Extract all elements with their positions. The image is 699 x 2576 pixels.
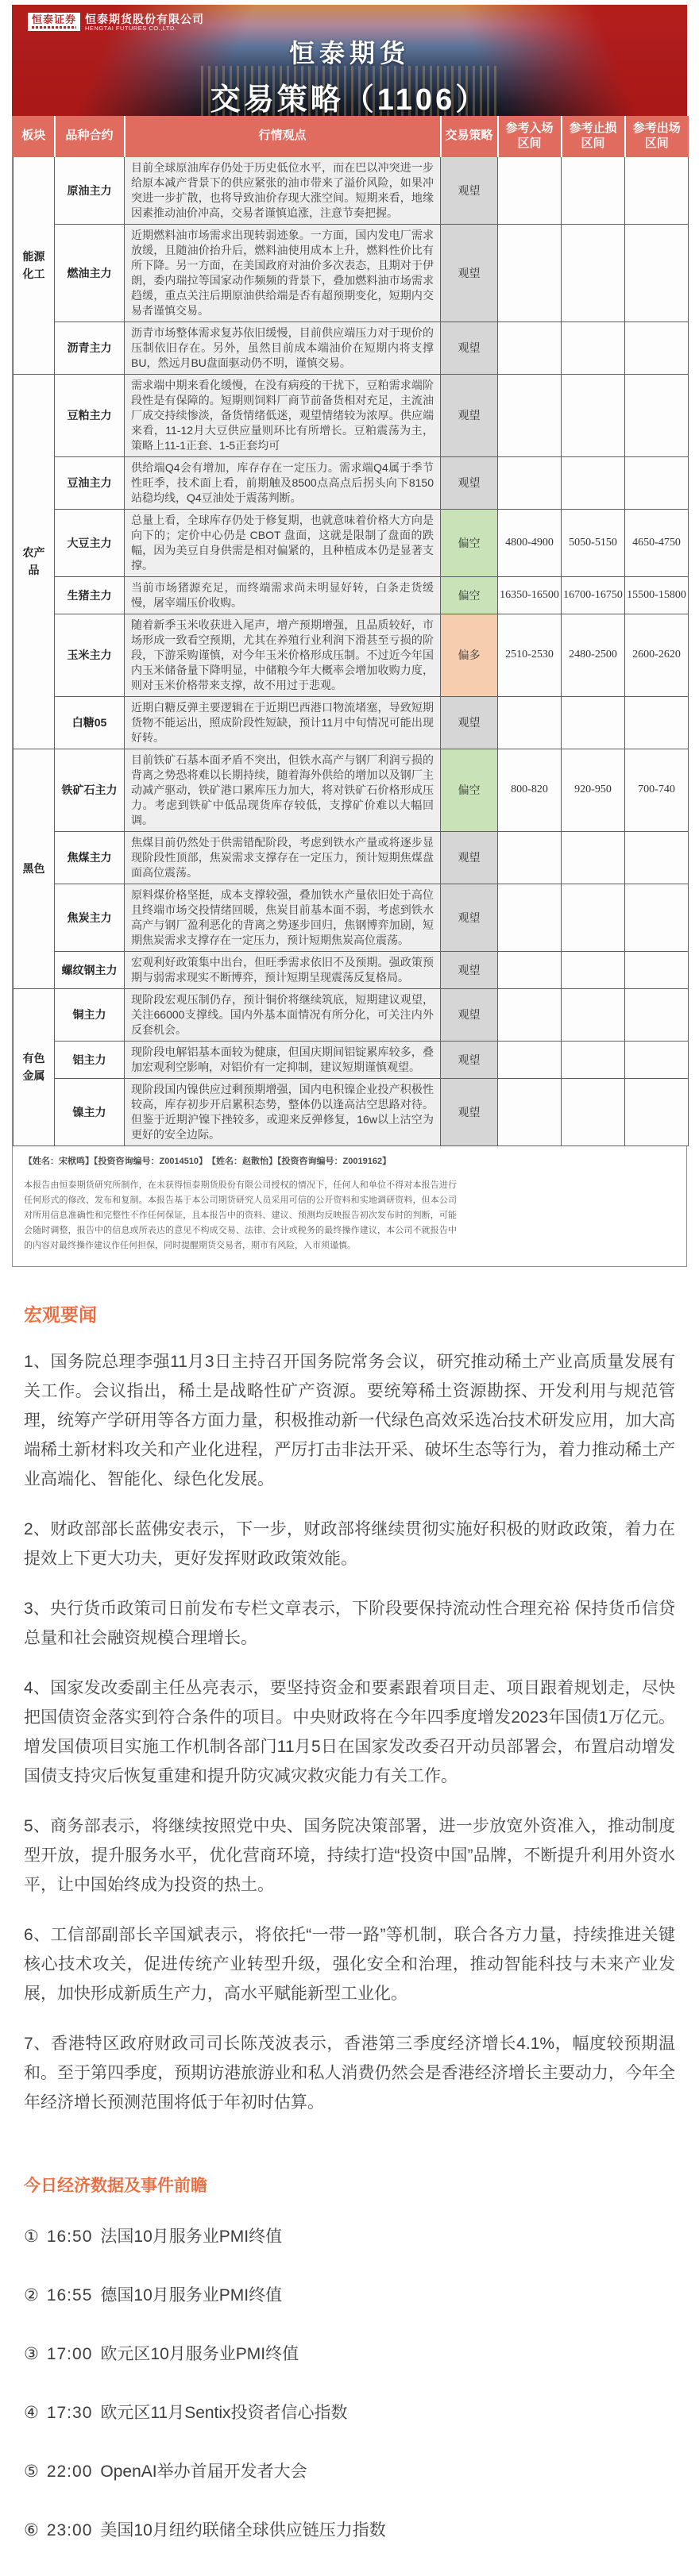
strategy-cell: 偏空 [441, 576, 498, 614]
strategy-cell: 偏多 [441, 614, 498, 696]
column-header: 交易策略 [441, 117, 498, 157]
view-cell: 焦煤目前仍然处于供需错配阶段，考虑到铁水产量或将逐步显现阶段性顶部，焦炭需求支撑… [125, 831, 441, 884]
table-row: 能源化工原油主力目前全球原油库存仍处于历史低位水平，而在巴以冲突进一步给原本减产… [14, 156, 689, 224]
contract-cell: 焦煤主力 [55, 831, 125, 884]
view-cell: 宏观利好政策集中出台，但旺季需求依旧不及预期。强政策预期与弱需求现实不断博弈，预… [125, 951, 441, 988]
macro-news-list: 1、国务院总理李强11月3日主持召开国务院常务会议，研究推动稀土产业高质量发展有… [24, 1347, 675, 2117]
table-row: 大豆主力总量上看，全球库存仍处于修复期，也就意味着价格大方向是向下的；定价中心仍… [14, 509, 689, 576]
banner: 恒泰证券 恒泰期货股份有限公司 HENGTAI FUTURES CO.,LTD.… [12, 5, 687, 116]
strategy-cell: 偏空 [441, 509, 498, 576]
exit-range-cell: 2600-2620 [625, 614, 689, 696]
calendar-item: ④17:30欧元区11月Sentix投资者信心指数 [24, 2400, 675, 2424]
analyst-info: 【姓名：宋栿鸣】【投资咨询编号：Z0014510】 【姓名：赵散怡】【投资咨询编… [24, 1154, 675, 1167]
calendar-item-bullet: ③ [24, 2345, 39, 2363]
entry-range-cell [498, 884, 562, 951]
calendar-item: ⑥23:00美国10月纽约联储全球供应链压力指数 [24, 2517, 675, 2541]
calendar-item-label: 法国10月服务业PMI终值 [100, 2228, 282, 2246]
strategy-cell: 观望 [441, 224, 498, 322]
contract-cell: 玉米主力 [55, 614, 125, 696]
sector-cell: 有色金属 [14, 988, 55, 1146]
entry-range-cell [498, 456, 562, 509]
exit-range-cell [625, 831, 689, 884]
stoploss-range-cell [562, 951, 625, 988]
exit-range-cell: 15500-15800 [625, 576, 689, 614]
view-cell: 沥青市场整体需求复苏依旧缓慢，目前供应端压力对于现价的压制依旧存在。另外，虽然目… [125, 322, 441, 374]
view-cell: 需求端中期来看化缓慢，在没有病疫的干扰下，豆粕需求端阶段性是有保障的。短期则饲料… [125, 374, 441, 456]
calendar-item-label: 欧元区10月服务业PMI终值 [100, 2345, 299, 2363]
entry-range-cell: 16350-16500 [498, 576, 562, 614]
contract-cell: 铝主力 [55, 1041, 125, 1078]
exit-range-cell [625, 322, 689, 374]
entry-range-cell [498, 951, 562, 988]
calendar-item-time: 22:00 [47, 2462, 93, 2481]
contract-cell: 螺纹钢主力 [55, 951, 125, 988]
company-name: 恒泰期货股份有限公司 HENGTAI FUTURES CO.,LTD. [85, 13, 204, 33]
strategy-cell: 观望 [441, 988, 498, 1041]
contract-cell: 生猪主力 [55, 576, 125, 614]
entry-range-cell [498, 696, 562, 749]
stoploss-range-cell [562, 224, 625, 322]
view-cell: 现阶段电解铝基本面较为健康，但国庆期间铝锭累库较多，叠加宏观利空影响，对铝价有一… [125, 1041, 441, 1078]
exit-range-cell [625, 696, 689, 749]
stoploss-range-cell [562, 696, 625, 749]
macro-paragraph: 4、国家发改委副主任丛亮表示，要坚持资金和要素跟着项目走、项目跟着规划走，尽快把… [24, 1673, 675, 1791]
entry-range-cell [498, 322, 562, 374]
table-row: 镍主力现阶段国内镍供应过剩预期增强，国内电积镍企业投产积极性较高，库存初步开启累… [14, 1078, 689, 1146]
contract-cell: 焦炭主力 [55, 884, 125, 951]
calendar-item-label: 美国10月纽约联储全球供应链压力指数 [100, 2521, 385, 2539]
stoploss-range-cell [562, 988, 625, 1041]
entry-range-cell: 800-820 [498, 749, 562, 831]
report-box: 板块品种合约行情观点交易策略参考入场区间参考止损区间参考出场区间 能源化工原油主… [12, 116, 687, 1267]
view-cell: 供给端Q4会有增加，库存存在一定压力。需求端Q4属于季节性旺季，技术面上看，前期… [125, 456, 441, 509]
macro-heading: 宏观要闻 [24, 1300, 675, 1327]
calendar-item-label: 德国10月服务业PMI终值 [100, 2286, 282, 2305]
logo-stripe [32, 26, 76, 29]
stoploss-range-cell [562, 374, 625, 456]
table-row: 铝主力现阶段电解铝基本面较为健康，但国庆期间铝锭累库较多，叠加宏观利空影响，对铝… [14, 1041, 689, 1078]
strategy-cell: 偏空 [441, 749, 498, 831]
view-cell: 目前铁矿石基本面矛盾不突出，但铁水高产与钢厂利润亏损的背离之势恐将难以长期持续，… [125, 749, 441, 831]
exit-range-cell: 700-740 [625, 749, 689, 831]
strategy-cell: 观望 [441, 951, 498, 988]
calendar-item-bullet: ① [24, 2228, 39, 2246]
view-cell: 目前全球原油库存仍处于历史低位水平，而在巴以冲突进一步给原本减产背景下的供应紧张… [125, 156, 441, 224]
calendar-item-time: 16:55 [47, 2286, 93, 2305]
table-row: 燃油主力近期燃料油市场需求出现转弱迹象。一方面，国内发电厂需求放缓，且随油价抬升… [14, 224, 689, 322]
calendar-item-bullet: ② [24, 2286, 39, 2305]
exit-range-cell: 4650-4750 [625, 509, 689, 576]
company-name-cn: 恒泰期货股份有限公司 [85, 13, 204, 25]
table-row: 豆油主力供给端Q4会有增加，库存存在一定压力。需求端Q4属于季节性旺季，技术面上… [14, 456, 689, 509]
table-row: 农产品豆粕主力需求端中期来看化缓慢，在没有病疫的干扰下，豆粕需求端阶段性是有保障… [14, 374, 689, 456]
disclaimer-text: 本报告由恒泰期货研究所制作，在未获得恒泰期货股份有限公司授权的情况下，任何人和单… [24, 1178, 457, 1253]
table-row: 生猪主力当前市场猪源充足，而终端需求尚未明显好转，白条走货缓慢，屠宰端压价收购。… [14, 576, 689, 614]
calendar-list: ①16:50法国10月服务业PMI终值②16:55德国10月服务业PMI终值③1… [0, 2224, 699, 2541]
contract-cell: 沥青主力 [55, 322, 125, 374]
stoploss-range-cell [562, 1078, 625, 1146]
view-cell: 总量上看，全球库存仍处于修复期，也就意味着价格大方向是向下的；定价中心仍是 CB… [125, 509, 441, 576]
strategy-cell: 观望 [441, 831, 498, 884]
column-header: 行情观点 [125, 117, 441, 157]
view-cell: 原料煤价格坚挺，成本支撑较强，叠加铁水产量依旧处于高位且终端市场交投情绪回暖，焦… [125, 884, 441, 951]
stoploss-range-cell: 5050-5150 [562, 509, 625, 576]
stoploss-range-cell [562, 884, 625, 951]
column-header: 参考出场区间 [625, 117, 689, 157]
sector-cell: 农产品 [14, 374, 55, 749]
exit-range-cell [625, 224, 689, 322]
entry-range-cell: 2510-2530 [498, 614, 562, 696]
entry-range-cell [498, 988, 562, 1041]
calendar-item-label: OpenAI举办首届开发者大会 [100, 2462, 307, 2481]
macro-paragraph: 1、国务院总理李强11月3日主持召开国务院常务会议，研究推动稀土产业高质量发展有… [24, 1347, 675, 1494]
contract-cell: 镍主力 [55, 1078, 125, 1146]
logo-text: 恒泰证券 [32, 14, 76, 25]
contract-cell: 白糖05 [55, 696, 125, 749]
table-row: 白糖05近期白糖反弹主要逻辑在于近期巴西港口物流堵塞，导致短期货物不能运出，照成… [14, 696, 689, 749]
strategy-cell: 观望 [441, 696, 498, 749]
table-row: 黑色铁矿石主力目前铁矿石基本面矛盾不突出，但铁水高产与钢厂利润亏损的背离之势恐将… [14, 749, 689, 831]
report-page: 恒泰证券 恒泰期货股份有限公司 HENGTAI FUTURES CO.,LTD.… [0, 0, 699, 2541]
entry-range-cell [498, 224, 562, 322]
exit-range-cell [625, 156, 689, 224]
calendar-item-time: 17:00 [47, 2345, 93, 2363]
contract-cell: 原油主力 [55, 156, 125, 224]
calendar-heading: 今日经济数据及事件前瞻 [24, 2173, 675, 2197]
entry-range-cell [498, 1078, 562, 1146]
view-cell: 现阶段国内镍供应过剩预期增强，国内电积镍企业投产积极性较高，库存初步开启累积态势… [125, 1078, 441, 1146]
macro-paragraph: 3、央行货币政策司日前发布专栏文章表示，下阶段要保持流动性合理充裕 保持货币信贷… [24, 1594, 675, 1653]
view-cell: 近期白糖反弹主要逻辑在于近期巴西港口物流堵塞，导致短期货物不能运出，照成阶段性短… [125, 696, 441, 749]
exit-range-cell [625, 1078, 689, 1146]
banner-title: 恒泰期货 交易策略（1106） [12, 33, 687, 116]
stoploss-range-cell: 920-950 [562, 749, 625, 831]
entry-range-cell [498, 374, 562, 456]
banner-title-line1: 恒泰期货 [12, 33, 687, 70]
strategy-table: 板块品种合约行情观点交易策略参考入场区间参考止损区间参考出场区间 能源化工原油主… [13, 116, 689, 1146]
view-cell: 现阶段宏观压制仍存，预计铜价将继续筑底，短期建议观望，关注66000支撑线。国内… [125, 988, 441, 1041]
strategy-cell: 观望 [441, 456, 498, 509]
logo-mark: 恒泰证券 [28, 13, 80, 31]
strategy-cell: 观望 [441, 374, 498, 456]
company-name-en: HENGTAI FUTURES CO.,LTD. [85, 25, 204, 33]
contract-cell: 豆油主力 [55, 456, 125, 509]
table-row: 螺纹钢主力宏观利好政策集中出台，但旺季需求依旧不及预期。强政策预期与弱需求现实不… [14, 951, 689, 988]
report-footer: 【姓名：宋栿鸣】【投资咨询编号：Z0014510】 【姓名：赵散怡】【投资咨询编… [13, 1146, 686, 1266]
entry-range-cell [498, 1041, 562, 1078]
calendar-item: ⑤22:00OpenAI举办首届开发者大会 [24, 2459, 675, 2482]
calendar-item: ③17:00欧元区10月服务业PMI终值 [24, 2341, 675, 2365]
exit-range-cell [625, 951, 689, 988]
column-header: 品种合约 [55, 117, 125, 157]
entry-range-cell: 4800-4900 [498, 509, 562, 576]
contract-cell: 铜主力 [55, 988, 125, 1041]
table-row: 焦煤主力焦煤目前仍然处于供需错配阶段，考虑到铁水产量或将逐步显现阶段性顶部，焦炭… [14, 831, 689, 884]
column-header: 板块 [14, 117, 55, 157]
column-header: 参考入场区间 [498, 117, 562, 157]
calendar-item-label: 欧元区11月Sentix投资者信心指数 [100, 2404, 347, 2422]
macro-paragraph: 7、香港特区政府财政司司长陈茂波表示，香港第三季度经济增长4.1%，幅度较预期温… [24, 2029, 675, 2117]
macro-paragraph: 5、商务部表示，将继续按照党中央、国务院决策部署，进一步放宽外资准入，推动制度型… [24, 1812, 675, 1900]
exit-range-cell [625, 1041, 689, 1078]
stoploss-range-cell [562, 831, 625, 884]
calendar-item-bullet: ④ [24, 2404, 39, 2422]
table-row: 玉米主力随着新季玉米收获进入尾声，增产预期增强，且品质较好，市场形成一致看空预期… [14, 614, 689, 696]
view-cell: 当前市场猪源充足，而终端需求尚未明显好转，白条走货缓慢，屠宰端压价收购。 [125, 576, 441, 614]
table-row: 焦炭主力原料煤价格坚挺，成本支撑较强，叠加铁水产量依旧处于高位且终端市场交投情绪… [14, 884, 689, 951]
macro-paragraph: 6、工信部副部长辛国斌表示，将依托“一带一路”等机制，联合各方力量，持续推进关键… [24, 1920, 675, 2008]
contract-cell: 大豆主力 [55, 509, 125, 576]
contract-cell: 燃油主力 [55, 224, 125, 322]
column-header: 参考止损区间 [562, 117, 625, 157]
table-row: 沥青主力沥青市场整体需求复苏依旧缓慢，目前供应端压力对于现价的压制依旧存在。另外… [14, 322, 689, 374]
table-row: 有色金属铜主力现阶段宏观压制仍存，预计铜价将继续筑底，短期建议观望，关注6600… [14, 988, 689, 1041]
sector-cell: 黑色 [14, 749, 55, 988]
strategy-cell: 观望 [441, 1078, 498, 1146]
macro-paragraph: 2、财政部部长蓝佛安表示，下一步，财政部将继续贯彻实施好积极的财政政策，着力在提… [24, 1515, 675, 1573]
view-cell: 近期燃料油市场需求出现转弱迹象。一方面，国内发电厂需求放缓，且随油价抬升后，燃料… [125, 224, 441, 322]
stoploss-range-cell [562, 322, 625, 374]
stoploss-range-cell [562, 456, 625, 509]
calendar-item-time: 17:30 [47, 2404, 93, 2422]
exit-range-cell [625, 456, 689, 509]
view-cell: 随着新季玉米收获进入尾声，增产预期增强，且品质较好，市场形成一致看空预期，尤其在… [125, 614, 441, 696]
contract-cell: 铁矿石主力 [55, 749, 125, 831]
exit-range-cell [625, 884, 689, 951]
entry-range-cell [498, 831, 562, 884]
sector-cell: 能源化工 [14, 156, 55, 374]
stoploss-range-cell: 2480-2500 [562, 614, 625, 696]
exit-range-cell [625, 988, 689, 1041]
entry-range-cell [498, 156, 562, 224]
calendar-item: ①16:50法国10月服务业PMI终值 [24, 2224, 675, 2247]
table-header-row: 板块品种合约行情观点交易策略参考入场区间参考止损区间参考出场区间 [14, 117, 689, 157]
company-logo: 恒泰证券 恒泰期货股份有限公司 HENGTAI FUTURES CO.,LTD. [28, 13, 204, 33]
banner-title-line2: 交易策略（1106） [12, 75, 687, 116]
strategy-cell: 观望 [441, 1041, 498, 1078]
stoploss-range-cell [562, 1041, 625, 1078]
stoploss-range-cell: 16700-16750 [562, 576, 625, 614]
calendar-item-time: 16:50 [47, 2228, 93, 2246]
contract-cell: 豆粕主力 [55, 374, 125, 456]
strategy-cell: 观望 [441, 322, 498, 374]
strategy-cell: 观望 [441, 884, 498, 951]
exit-range-cell [625, 374, 689, 456]
calendar-item-bullet: ⑥ [24, 2521, 39, 2539]
strategy-cell: 观望 [441, 156, 498, 224]
calendar-item: ②16:55德国10月服务业PMI终值 [24, 2282, 675, 2306]
stoploss-range-cell [562, 156, 625, 224]
calendar-item-bullet: ⑤ [24, 2462, 39, 2481]
calendar-item-time: 23:00 [47, 2521, 93, 2539]
